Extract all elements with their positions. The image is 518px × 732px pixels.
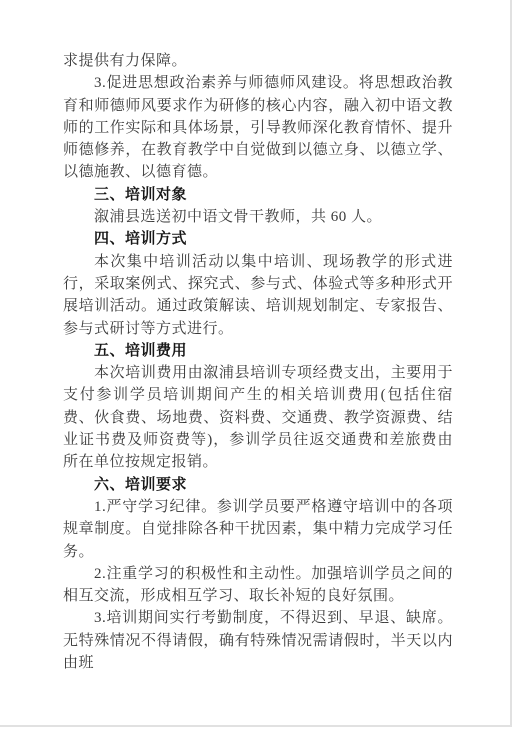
section-heading: 五、培训费用 [63, 340, 453, 362]
paragraph: 3.培训期间实行考勤制度，不得迟到、早退、缺席。无特殊情况不得请假，确有特殊情况… [63, 607, 453, 674]
paragraph: 1.严守学习纪律。参训学员要严格遵守培训中的各项规章制度。自觉排除各种干扰因素，… [63, 496, 453, 563]
section-heading: 六、培训要求 [63, 474, 453, 496]
section-heading: 四、培训方式 [63, 228, 453, 250]
paragraph: 3.促进思想政治素养与师德师风建设。将思想政治教育和师德师风要求作为研修的核心内… [63, 72, 453, 183]
paragraph: 求提供有力保障。 [63, 50, 453, 72]
paragraph: 溆浦县选送初中语文骨干教师，共 60 人。 [63, 206, 453, 228]
paragraph: 2.注重学习的积极性和主动性。加强培训学员之间的相互交流，形成相互学习、取长补短… [63, 563, 453, 608]
section-heading: 三、培训对象 [63, 184, 453, 206]
paragraph: 本次培训费用由溆浦县培训专项经费支出，主要用于支付参训学员培训期间产生的相关培训… [63, 362, 453, 473]
paragraph: 本次集中培训活动以集中培训、现场教学的形式进行，采取案例式、探究式、参与式、体验… [63, 251, 453, 340]
document-page: 求提供有力保障。3.促进思想政治素养与师德师风建设。将思想政治教育和师德师风要求… [0, 0, 512, 727]
document-content: 求提供有力保障。3.促进思想政治素养与师德师风建设。将思想政治教育和师德师风要求… [0, 0, 510, 674]
